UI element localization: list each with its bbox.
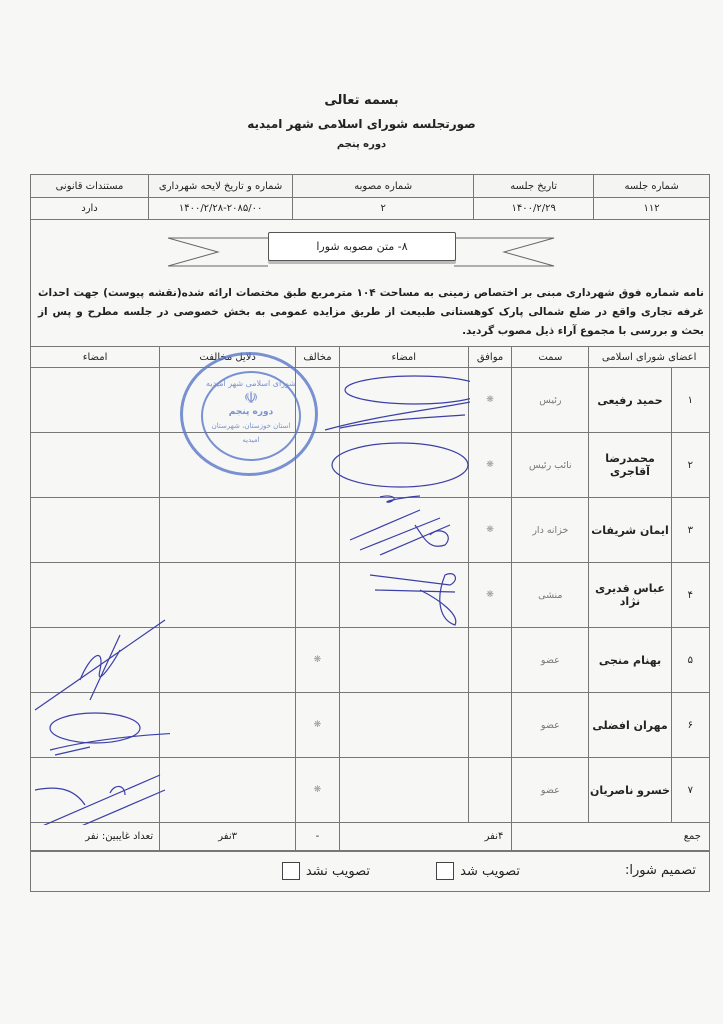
section-ribbon: ۸- متن مصوبه شورا bbox=[168, 232, 568, 268]
rejected-label: تصویب نشد bbox=[306, 864, 370, 879]
totals-dash: - bbox=[296, 823, 340, 851]
agree-mark bbox=[468, 758, 512, 823]
row-number: ۶ bbox=[671, 693, 709, 758]
member-role: عضو bbox=[512, 628, 589, 693]
agree-mark: ❋ bbox=[468, 368, 512, 433]
row-number: ۳ bbox=[671, 498, 709, 563]
member-name: ایمان شریفات bbox=[589, 498, 671, 563]
row-number: ۲ bbox=[671, 433, 709, 498]
signatures-oppose-icon bbox=[30, 615, 170, 825]
member-name: مهران افضلی bbox=[589, 693, 671, 758]
member-name: عباس قدیری نژاد bbox=[589, 563, 671, 628]
header-oppose: مخالف bbox=[296, 347, 340, 368]
header-signature-2: امضاء bbox=[31, 347, 160, 368]
member-name: بهنام منجی bbox=[589, 628, 671, 693]
member-role: عضو bbox=[512, 693, 589, 758]
reasons-cell bbox=[160, 498, 296, 563]
totals-label: جمع bbox=[512, 823, 710, 851]
row-number: ۴ bbox=[671, 563, 709, 628]
approved-option[interactable]: تصویب شد bbox=[436, 862, 520, 880]
agree-mark bbox=[468, 628, 512, 693]
totals-oppose: ۳نفر bbox=[160, 823, 296, 851]
reasons-cell bbox=[160, 693, 296, 758]
bismillah-heading: بسمه تعالی bbox=[0, 93, 723, 108]
header-session-date: تاریخ جلسه bbox=[474, 175, 594, 198]
member-name: خسرو ناصریان bbox=[589, 758, 671, 823]
header-resolution-number: شماره مصوبه bbox=[293, 175, 474, 198]
approved-checkbox[interactable] bbox=[436, 862, 454, 880]
rejected-option[interactable]: تصویب نشد bbox=[282, 862, 370, 880]
row-number: ۷ bbox=[671, 758, 709, 823]
document-title: صورتجلسه شورای اسلامی شهر امیدیه bbox=[0, 117, 723, 131]
agree-mark: ❋ bbox=[468, 563, 512, 628]
council-decision: تصمیم شورا: تصویب شد تصویب نشد bbox=[30, 851, 710, 892]
reasons-cell bbox=[160, 563, 296, 628]
signature-cell bbox=[339, 758, 468, 823]
signature-cell bbox=[339, 693, 468, 758]
header-agree: موافق bbox=[468, 347, 512, 368]
oppose-mark: ❋ bbox=[296, 693, 340, 758]
agree-mark: ❋ bbox=[468, 433, 512, 498]
rejected-checkbox[interactable] bbox=[282, 862, 300, 880]
totals-agree: ۴نفر bbox=[339, 823, 512, 851]
resolution-number: ۲ bbox=[293, 198, 474, 220]
reasons-cell bbox=[160, 628, 296, 693]
legal-documents: دارد bbox=[31, 198, 149, 220]
meta-table: شماره جلسه تاریخ جلسه شماره مصوبه شماره … bbox=[30, 174, 710, 220]
member-name: محمدرضا آقاجری bbox=[589, 433, 671, 498]
council-stamp: شورای اسلامی شهر امیدیه ☫ دوره پنجم استا… bbox=[180, 352, 318, 476]
agree-mark: ❋ bbox=[468, 498, 512, 563]
member-role: خزانه دار bbox=[512, 498, 589, 563]
header-municipality-bill: شماره و تاریخ لایحه شهرداری bbox=[149, 175, 293, 198]
oppose-mark: ❋ bbox=[296, 628, 340, 693]
agree-mark bbox=[468, 693, 512, 758]
oppose-mark: ❋ bbox=[296, 758, 340, 823]
absent-count: تعداد غایبین: نفر bbox=[31, 823, 160, 851]
header-session-number: شماره جلسه bbox=[594, 175, 710, 198]
member-role: نائب رئیس bbox=[512, 433, 589, 498]
header-members: اعضای شورای اسلامی bbox=[589, 347, 710, 368]
session-number: ۱۱۲ bbox=[594, 198, 710, 220]
signature2-cell bbox=[31, 433, 160, 498]
approved-label: تصویب شد bbox=[460, 864, 520, 879]
signature2-cell bbox=[31, 368, 160, 433]
member-role: منشی bbox=[512, 563, 589, 628]
session-date: ۱۴۰۰/۲/۲۹ bbox=[474, 198, 594, 220]
section-title: ۸- متن مصوبه شورا bbox=[268, 232, 456, 261]
signature2-cell bbox=[31, 498, 160, 563]
resolution-text: نامه شماره فوق شهرداری مبنی بر اختصاص زم… bbox=[38, 284, 704, 341]
decision-label: تصمیم شورا: bbox=[625, 863, 696, 878]
member-role: رئیس bbox=[512, 368, 589, 433]
stamp-middle-text: دوره پنجم bbox=[203, 405, 299, 419]
row-number: ۵ bbox=[671, 628, 709, 693]
totals-row: جمع ۴نفر - ۳نفر تعداد غایبین: نفر bbox=[31, 823, 710, 851]
row-number: ۱ bbox=[671, 368, 709, 433]
signature-cell bbox=[339, 628, 468, 693]
signatures-agree-icon bbox=[320, 370, 470, 630]
emblem-icon: ☫ bbox=[203, 391, 299, 405]
header-signature: امضاء bbox=[339, 347, 468, 368]
term-subtitle: دوره پنجم bbox=[0, 139, 723, 150]
municipality-bill: ۱۴۰۰/۲/۲۸-۲۰۸۵/۰۰ bbox=[149, 198, 293, 220]
header-role: سمت bbox=[512, 347, 589, 368]
stamp-bottom-text: استان خوزستان، شهرستان امیدیه bbox=[203, 419, 299, 447]
header-legal-documents: مستندات قانونی bbox=[31, 175, 149, 198]
member-role: عضو bbox=[512, 758, 589, 823]
member-name: حمید رفیعی bbox=[589, 368, 671, 433]
reasons-cell bbox=[160, 758, 296, 823]
